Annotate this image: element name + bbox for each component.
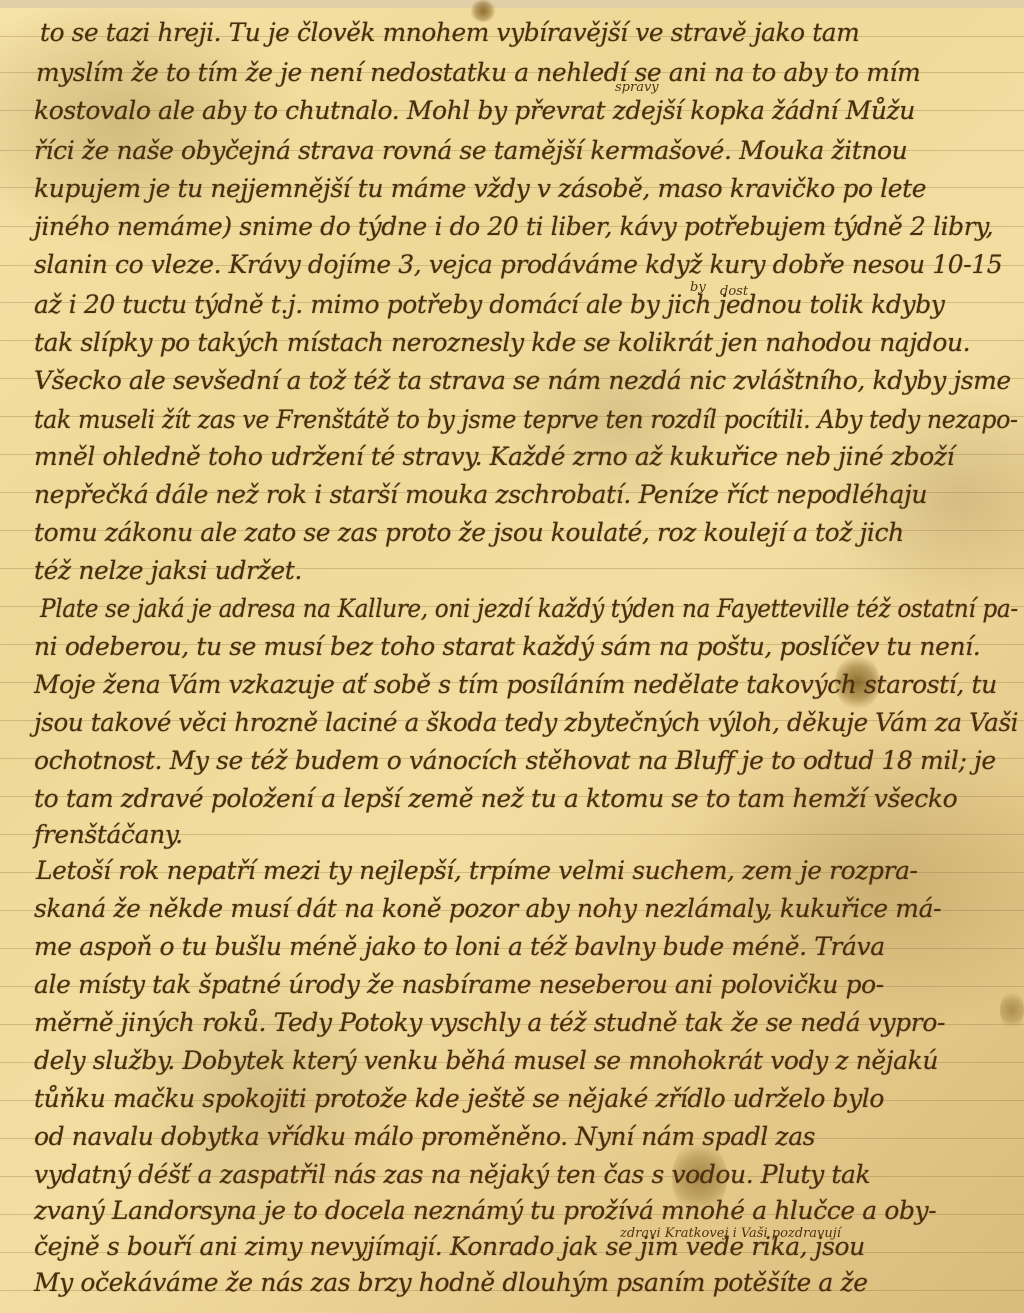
letter-line-6: jiného nemáme) snime do týdne i do 20 ti…	[34, 212, 1018, 241]
letter-line-22: frenštáčany.	[34, 820, 1018, 849]
letter-line-29: tůňku mačku spokojiti protože kde ještě …	[34, 1084, 1018, 1113]
letter-line-32: zvaný Landorsyna je to docela neznámý tu…	[34, 1196, 1018, 1225]
letter-line-27: měrně jiných roků. Tedy Potoky vyschly a…	[34, 1008, 1018, 1037]
letter-line-12: mněl ohledně toho udržení té stravy. Kaž…	[34, 442, 1018, 471]
letter-line-4: říci že naše obyčejná strava rovná se ta…	[34, 136, 1018, 165]
insertion-note: by	[690, 280, 706, 295]
letter-line-8: až i 20 tuctu týdně t.j. mimo potřeby do…	[34, 290, 1018, 319]
insertion-note: dost	[720, 284, 748, 299]
letter-line-28: dely služby. Dobytek který venku běhá mu…	[34, 1046, 1018, 1075]
letter-line-13: nepřečká dále než rok i starší mouka zsc…	[34, 480, 1018, 509]
top-edge-strip	[0, 0, 1024, 8]
letter-line-11: tak museli žít zas ve Frenštátě to by js…	[34, 405, 968, 434]
letter-line-19: jsou takové věci hrozně laciné a škoda t…	[34, 708, 1002, 737]
letter-line-14: tomu zákonu ale zato se zas proto že jso…	[34, 518, 1018, 547]
letter-line-23: Letoší rok nepatří mezi ty nejlepší, trp…	[36, 856, 1018, 885]
letter-line-2: myslím že to tím že je není nedostatku a…	[36, 58, 1018, 87]
letter-line-34: My očekáváme že nás zas brzy hodně dlouh…	[34, 1268, 1018, 1297]
letter-line-17: ni odeberou, tu se musí bez toho starat …	[34, 632, 1018, 661]
letter-line-18: Moje žena Vám vzkazuje ať sobě s tím pos…	[34, 670, 1018, 699]
letter-line-31: vydatný déšť a zaspatřil nás zas na něja…	[34, 1160, 1018, 1189]
letter-line-1: to se tazi hreji. Tu je člověk mnohem vy…	[40, 18, 1018, 47]
letter-line-30: od navalu dobytka vřídku málo proměněno.…	[34, 1122, 1018, 1151]
letter-line-15: též nelze jaksi udržet.	[34, 556, 1018, 585]
letter-page: to se tazi hreji. Tu je člověk mnohem vy…	[0, 0, 1024, 1313]
letter-line-10: Všecko ale sevšední a tož též ta strava …	[34, 366, 1018, 395]
letter-line-21: to tam zdravé položení a lepší země než …	[34, 784, 1018, 813]
insertion-note: spravy	[615, 80, 659, 95]
letter-line-9: tak slípky po takých místach neroznesly …	[34, 328, 1018, 357]
letter-line-5: kupujem je tu nejjemnější tu máme vždy v…	[34, 174, 1018, 203]
insertion-note: zdravi Kratkovej i Vaši pozdravují	[620, 1226, 841, 1241]
letter-line-26: ale místy tak špatné úrody že nasbírame …	[34, 970, 1018, 999]
letter-line-25: me aspoň o tu bušlu méně jako to loni a …	[34, 932, 1018, 961]
letter-line-16: Plate se jaká je adresa na Kallure, oni …	[40, 594, 954, 623]
letter-line-24: skaná že někde musí dát na koně pozor ab…	[34, 894, 1018, 923]
letter-line-20: ochotnost. My se též budem o vánocích st…	[34, 746, 1018, 775]
letter-line-3: kostovalo ale aby to chutnalo. Mohl by p…	[34, 96, 1018, 125]
letter-line-33: čejně s bouří ani zimy nevyjímají. Konra…	[34, 1232, 1018, 1261]
letter-line-7: slanin co vleze. Krávy dojíme 3, vejca p…	[34, 250, 1018, 279]
